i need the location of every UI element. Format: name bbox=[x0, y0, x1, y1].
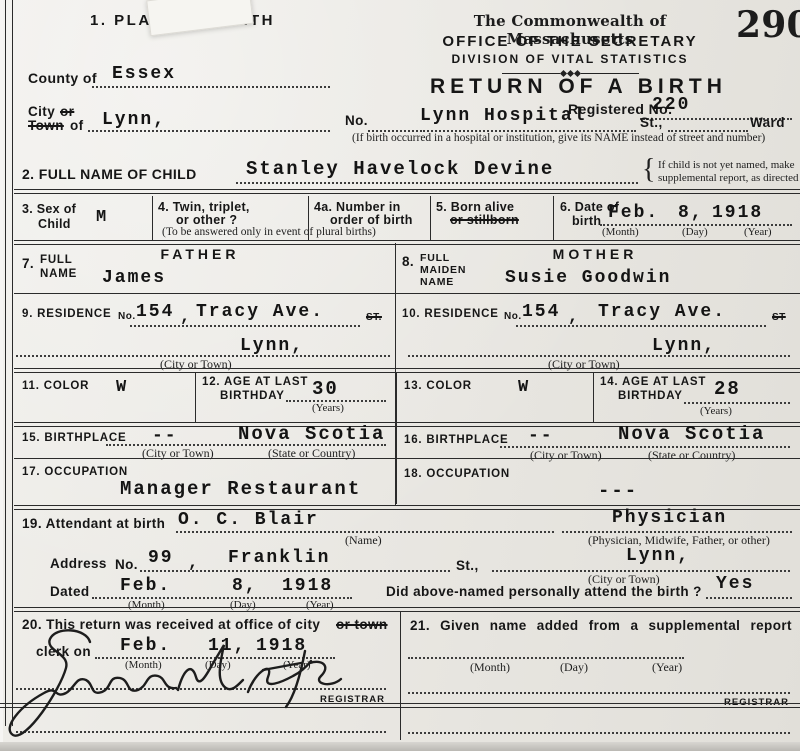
attend-question: Did above-named personally attend the bi… bbox=[386, 584, 702, 599]
father-color-label: 11. COLOR bbox=[22, 380, 89, 392]
mother-color-value: W bbox=[518, 378, 529, 397]
mother-full-word: FULL bbox=[420, 252, 450, 264]
father-num: 7. bbox=[22, 256, 34, 271]
father-house-no: 154 bbox=[136, 302, 174, 322]
mother-st-label-struck: ST bbox=[772, 312, 786, 323]
date-of-birth-label-2: birth bbox=[572, 214, 601, 228]
attendant-city-value: Lynn, bbox=[626, 546, 690, 566]
section-rule-1 bbox=[14, 189, 800, 194]
attendant-dated-label: Dated bbox=[50, 584, 90, 599]
attendant-month-value: Feb. bbox=[120, 576, 171, 596]
father-age-value: 30 bbox=[312, 378, 339, 400]
supplemental-registrar-rule bbox=[408, 692, 790, 694]
mother-color-label: 13. COLOR bbox=[404, 380, 472, 392]
bottom-center-divider bbox=[400, 612, 401, 740]
town-word-struck: Town bbox=[28, 118, 64, 133]
father-residence-rule bbox=[130, 325, 360, 327]
stats-divider-1 bbox=[195, 372, 196, 422]
ward-label: Ward bbox=[750, 115, 785, 130]
county-label: County of bbox=[28, 70, 97, 86]
father-occupation-label: 17. OCCUPATION bbox=[22, 466, 128, 478]
father-full-word: FULL bbox=[40, 254, 73, 266]
mother-age-label-2: BIRTHDAY bbox=[618, 390, 683, 402]
stats-center-divider bbox=[396, 372, 397, 504]
attendant-st-label: St., bbox=[456, 558, 479, 573]
father-residence-no-label: No. bbox=[118, 311, 136, 322]
twin-label-2: or other ? bbox=[176, 213, 237, 227]
attend-answer-rule bbox=[706, 597, 792, 599]
mother-name-word: NAME bbox=[420, 276, 454, 288]
mother-age-years-note: (Years) bbox=[700, 405, 732, 417]
attendant-label: 19. Attendant at birth bbox=[22, 516, 165, 531]
row3-divider-3 bbox=[430, 196, 431, 240]
father-birthplace-state: Nova Scotia bbox=[238, 423, 385, 445]
row3-divider-1 bbox=[152, 196, 153, 240]
child-note-line2: supplemental report, as directed bbox=[658, 172, 799, 184]
child-name-label: 2. FULL NAME OF CHILD bbox=[22, 166, 197, 182]
supplemental-month-note: (Month) bbox=[470, 660, 510, 675]
section-rule-3 bbox=[14, 368, 800, 373]
county-value: Essex bbox=[112, 64, 176, 84]
child-name-rule bbox=[236, 182, 638, 184]
supplemental-year-note: (Year) bbox=[652, 660, 682, 675]
mother-occupation-value: --- bbox=[598, 480, 638, 502]
sex-label-2: Child bbox=[38, 217, 71, 231]
attendant-role-value: Physician bbox=[612, 508, 727, 528]
mother-occupation-label: 18. OCCUPATION bbox=[404, 468, 510, 480]
mother-maiden-word: MAIDEN bbox=[420, 264, 466, 276]
mother-birthplace-state-note: (State or Country) bbox=[648, 448, 735, 463]
sex-label-1: 3. Sex of bbox=[22, 202, 76, 216]
birth-year-value: 1918 bbox=[712, 203, 763, 223]
city-value: Lynn, bbox=[102, 110, 166, 130]
birth-month-value: Feb. bbox=[608, 203, 659, 223]
mother-name-value: Susie Goodwin bbox=[505, 268, 671, 288]
attendant-year-value: 1918 bbox=[282, 576, 333, 596]
mother-birthplace-state: Nova Scotia bbox=[618, 423, 765, 445]
twin-label-1: 4. Twin, triplet, bbox=[158, 200, 250, 214]
birth-certificate-document: 1. PLACE OF BIRTH The Commonwealth of Ma… bbox=[0, 0, 800, 751]
father-birthplace-label: 15. BIRTHPLACE bbox=[22, 432, 127, 444]
plural-births-note: (To be answered only in event of plural … bbox=[162, 226, 376, 238]
father-st-label-struck: ST. bbox=[366, 312, 382, 323]
attendant-day-value: 8, bbox=[232, 576, 258, 596]
paper-tape-smudge bbox=[146, 0, 254, 36]
attendant-name-value: O. C. Blair bbox=[178, 510, 319, 530]
mother-residence-rule bbox=[516, 325, 766, 327]
father-age-label-2: BIRTHDAY bbox=[220, 390, 285, 402]
section-rule-2 bbox=[14, 240, 800, 245]
mother-residence-label: 10. RESIDENCE bbox=[402, 308, 499, 320]
mother-street-value: Tracy Ave. bbox=[598, 302, 726, 322]
supplemental-day-note: (Day) bbox=[560, 660, 588, 675]
supplemental-bottom-rule bbox=[408, 732, 790, 734]
birth-day-value: 8, bbox=[678, 203, 704, 223]
father-age-years-note: (Years) bbox=[312, 402, 344, 414]
of-word: of bbox=[70, 118, 84, 133]
birth-month-note: (Month) bbox=[602, 226, 639, 238]
division-vital-statistics-line: DIVISION OF VITAL STATISTICS bbox=[430, 52, 710, 66]
father-street-value: Tracy Ave. bbox=[196, 302, 324, 322]
mother-birthplace-city-note: (City or Town) bbox=[530, 448, 602, 463]
row3-divider-4 bbox=[553, 196, 554, 240]
born-alive-label-1: 5. Born alive bbox=[436, 200, 514, 214]
mother-age-value: 28 bbox=[714, 378, 741, 400]
supplemental-label: 21. Given name added from a supplemental… bbox=[410, 618, 792, 633]
mother-num: 8. bbox=[402, 254, 414, 269]
birth-year-note: (Year) bbox=[744, 226, 772, 238]
attendant-address-rule bbox=[140, 570, 450, 572]
registered-no-value: 220 bbox=[652, 95, 690, 115]
attendant-address-no-label: No. bbox=[115, 557, 138, 572]
mother-city-value: Lynn, bbox=[652, 336, 716, 356]
city-word: City bbox=[28, 104, 55, 119]
mother-section-header: MOTHER bbox=[495, 246, 695, 262]
page-number: 290 bbox=[736, 4, 800, 46]
child-name-value: Stanley Havelock Devine bbox=[246, 158, 554, 180]
names-rule bbox=[14, 293, 800, 294]
hospital-no-label: No. bbox=[345, 113, 368, 128]
mother-house-no: 154 bbox=[522, 302, 560, 322]
father-section-header: FATHER bbox=[100, 246, 300, 262]
mother-residence-no-label: No. bbox=[504, 311, 522, 322]
supplemental-date-rule bbox=[408, 657, 684, 659]
attendant-street-value: Franklin bbox=[228, 548, 330, 568]
birth-day-note: (Day) bbox=[682, 226, 708, 238]
county-rule bbox=[92, 86, 330, 88]
office-of-secretary-line: OFFICE OF THE SECRETARY bbox=[430, 33, 710, 50]
father-name-word: NAME bbox=[40, 268, 77, 280]
father-age-label-1: 12. AGE AT LAST bbox=[202, 376, 308, 388]
mother-age-label-1: 14. AGE AT LAST bbox=[600, 376, 706, 388]
street-label: St., bbox=[640, 115, 663, 130]
attendant-name-note: (Name) bbox=[345, 533, 382, 548]
hospital-value: Lynn Hospital bbox=[420, 106, 586, 126]
attend-answer: Yes bbox=[716, 574, 754, 594]
attendant-address-label: Address bbox=[50, 556, 107, 571]
stats-divider-2 bbox=[593, 372, 594, 422]
note-brace: { bbox=[642, 154, 655, 186]
hospital-note: (If birth occurred in a hospital or inst… bbox=[352, 132, 765, 144]
mother-age-rule bbox=[684, 402, 790, 404]
father-city-value: Lynn, bbox=[240, 336, 304, 356]
attendant-house-no: 99 bbox=[148, 548, 174, 568]
order-label-1: 4a. Number in bbox=[314, 200, 401, 214]
father-name-value: James bbox=[102, 268, 166, 288]
father-color-value: W bbox=[116, 378, 127, 397]
or-word-struck: or bbox=[60, 104, 74, 119]
city-rule bbox=[88, 130, 330, 132]
child-note-line1: If child is not yet named, make bbox=[658, 159, 795, 171]
born-alive-label-2-struck: or stillborn bbox=[450, 213, 519, 227]
father-birthplace-city: -- bbox=[152, 426, 178, 446]
registrar-signature bbox=[0, 608, 400, 751]
sex-value: M bbox=[96, 208, 107, 227]
mother-birthplace-city: -- bbox=[528, 426, 554, 446]
birthplace-rule bbox=[14, 458, 800, 459]
mother-birthplace-label: 16. BIRTHPLACE bbox=[404, 434, 509, 446]
father-occupation-value: Manager Restaurant bbox=[120, 478, 361, 500]
father-residence-label: 9. RESIDENCE bbox=[22, 308, 111, 320]
order-label-2: order of birth bbox=[330, 213, 413, 227]
